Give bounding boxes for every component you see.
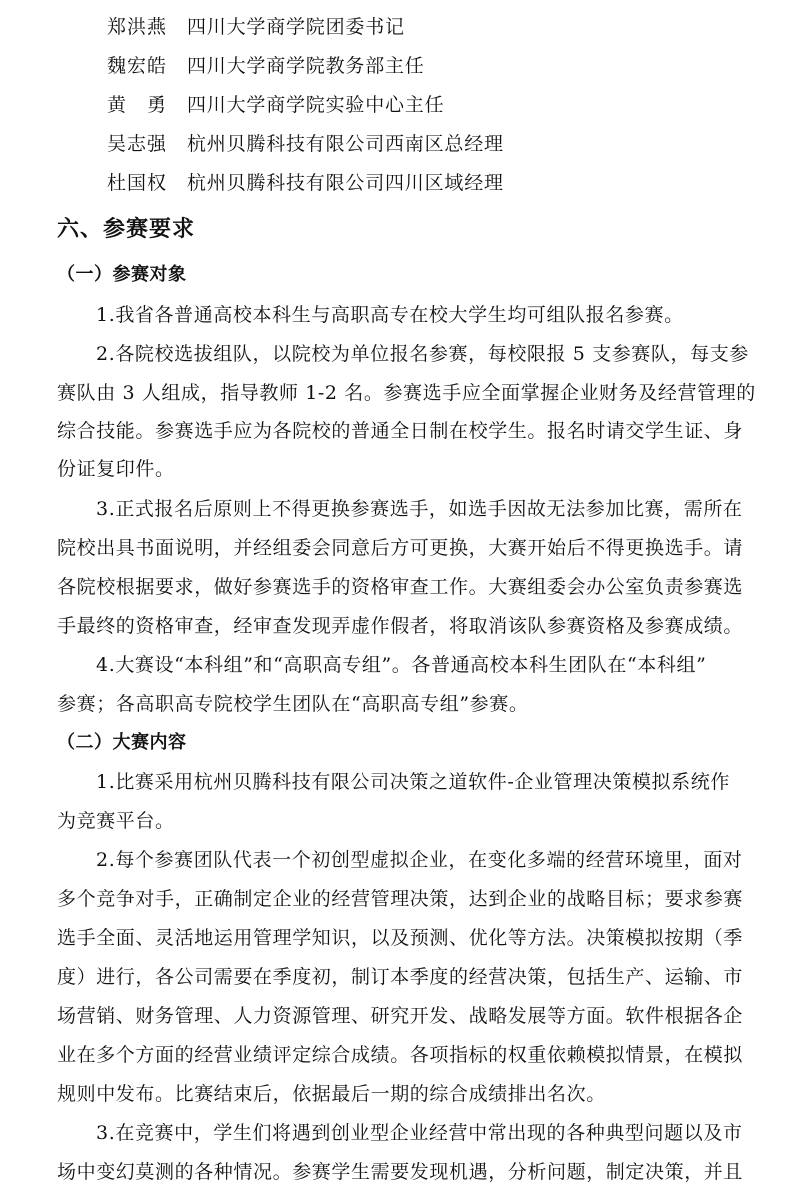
subsection-heading: （二）大赛内容 bbox=[57, 730, 187, 756]
paragraph-line: 场中变幻莫测的各种情况。参赛学生需要发现机遇，分析问题，制定决策，并且 bbox=[57, 1159, 777, 1185]
member-role: 杭州贝腾科技有限公司四川区域经理 bbox=[187, 170, 504, 196]
paragraph-line: 2.各院校选拔组队，以院校为单位报名参赛，每校限报 5 支参赛队，每支参 bbox=[96, 341, 808, 367]
paragraph-line: 多个竞争对手，正确制定企业的经营管理决策，达到企业的战略目标；要求参赛 bbox=[57, 886, 777, 912]
paragraph-line: 规则中发布。比赛结束后，依据最后一期的综合成绩排出名次。 bbox=[57, 1081, 777, 1107]
section-heading: 六、参赛要求 bbox=[57, 216, 195, 244]
paragraph-line: 为竞赛平台。 bbox=[57, 808, 777, 834]
committee-member: 魏宏皓四川大学商学院教务部主任 bbox=[107, 53, 425, 79]
paragraph-line: 综合技能。参赛选手应为各院校的普通全日制在校学生。报名时请交学生证、身 bbox=[57, 418, 777, 444]
paragraph-line: 1.比赛采用杭州贝腾科技有限公司决策之道软件-企业管理决策模拟系统作 bbox=[96, 769, 808, 795]
member-name: 吴志强 bbox=[107, 131, 187, 157]
member-name: 黄 勇 bbox=[107, 92, 187, 118]
paragraph-line: 4.大赛设“本科组”和“高职高专组”。各普通高校本科生团队在“本科组” bbox=[96, 652, 808, 678]
committee-member: 杜国权杭州贝腾科技有限公司四川区域经理 bbox=[107, 170, 504, 196]
document-page: 郑洪燕四川大学商学院团委书记 魏宏皓四川大学商学院教务部主任 黄 勇四川大学商学… bbox=[0, 0, 808, 1200]
paragraph-line: 份证复印件。 bbox=[57, 456, 777, 482]
paragraph-line: 参赛；各高职高专院校学生团队在“高职高专组”参赛。 bbox=[57, 691, 777, 717]
paragraph-line: 2.每个参赛团队代表一个初创型虚拟企业，在变化多端的经营环境里，面对 bbox=[96, 847, 808, 873]
paragraph-line: 3.在竞赛中，学生们将遇到创业型企业经营中常出现的各种典型问题以及市 bbox=[96, 1120, 808, 1146]
paragraph-line: 手最终的资格审查，经审查发现弄虚作假者，将取消该队参赛资格及参赛成绩。 bbox=[57, 613, 777, 639]
member-role: 四川大学商学院团委书记 bbox=[187, 14, 405, 40]
member-role: 四川大学商学院实验中心主任 bbox=[187, 92, 444, 118]
member-role: 四川大学商学院教务部主任 bbox=[187, 53, 425, 79]
subsection-heading: （一）参赛对象 bbox=[57, 262, 187, 288]
member-role: 杭州贝腾科技有限公司西南区总经理 bbox=[187, 131, 504, 157]
member-name: 魏宏皓 bbox=[107, 53, 187, 79]
paragraph-line: 选手全面、灵活地运用管理学知识，以及预测、优化等方法。决策模拟按期（季 bbox=[57, 925, 777, 951]
committee-member: 黄 勇四川大学商学院实验中心主任 bbox=[107, 92, 444, 118]
paragraph-line: 赛队由 3 人组成，指导教师 1-2 名。参赛选手应全面掌握企业财务及经营管理的 bbox=[57, 380, 777, 406]
committee-member: 吴志强杭州贝腾科技有限公司西南区总经理 bbox=[107, 131, 504, 157]
paragraph-line: 1.我省各普通高校本科生与高职高专在校大学生均可组队报名参赛。 bbox=[96, 302, 808, 328]
paragraph-line: 3.正式报名后原则上不得更换参赛选手，如选手因故无法参加比赛，需所在 bbox=[96, 496, 808, 522]
committee-member: 郑洪燕四川大学商学院团委书记 bbox=[107, 14, 405, 40]
paragraph-line: 各院校根据要求，做好参赛选手的资格审查工作。大赛组委会办公室负责参赛选 bbox=[57, 574, 777, 600]
paragraph-line: 业在多个方面的经营业绩评定综合成绩。各项指标的权重依赖模拟情景，在模拟 bbox=[57, 1042, 777, 1068]
paragraph-line: 院校出具书面说明，并经组委会同意后方可更换，大赛开始后不得更换选手。请 bbox=[57, 535, 777, 561]
member-name: 杜国权 bbox=[107, 170, 187, 196]
member-name: 郑洪燕 bbox=[107, 14, 187, 40]
paragraph-line: 度）进行，各公司需要在季度初，制订本季度的经营决策，包括生产、运输、市 bbox=[57, 964, 777, 990]
paragraph-line: 场营销、财务管理、人力资源管理、研究开发、战略发展等方面。软件根据各企 bbox=[57, 1003, 777, 1029]
